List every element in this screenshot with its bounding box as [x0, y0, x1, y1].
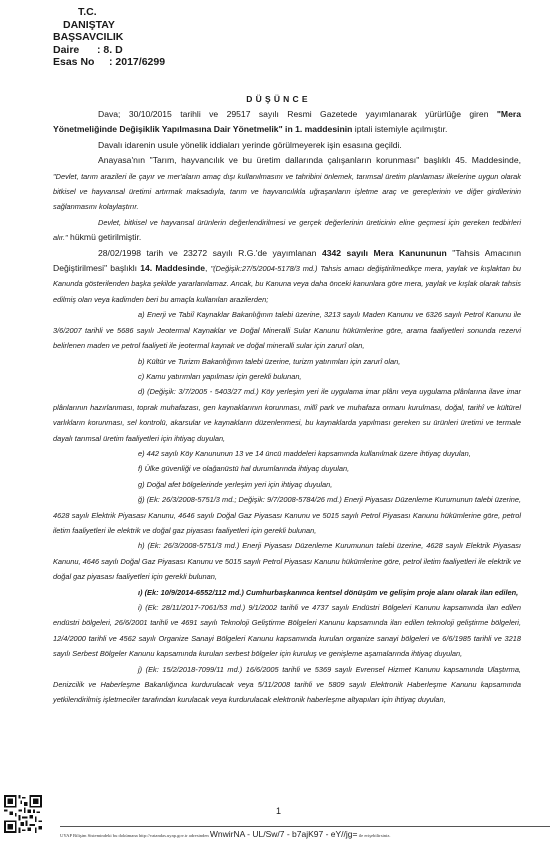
page-number: 1: [0, 806, 557, 816]
paragraph-3: Anayasa'nın "Tarım, hayvancılık ve bu ür…: [53, 153, 521, 215]
header-daire: Daire : 8. D: [53, 44, 165, 57]
list-item: e) 442 sayılı Köy Kanununun 13 ve 14 ünc…: [53, 446, 521, 461]
verification-code: WnwirNA - UL/Sw/7 - b7ajK97 - eY//jg=: [210, 829, 358, 839]
header-tc: T.C.: [53, 6, 165, 19]
list-item: ı) (Ek: 10/9/2014-6552/112 md.) Cumhurba…: [53, 585, 521, 600]
header-danistay: DANIŞTAY: [53, 19, 165, 32]
qr-code-icon: [4, 795, 42, 833]
document-header: T.C. DANIŞTAY BAŞSAVCILIK Daire : 8. D E…: [53, 6, 165, 69]
list-item: c) Kamu yatırımları yapılması için gerek…: [53, 369, 521, 384]
list-item: d) (Değişik: 3/7/2005 - 5403/27 md.) Köy…: [53, 384, 521, 446]
paragraph-4: Devlet, bitkisel ve hayvansal ürünlerin …: [53, 215, 521, 246]
header-bassavcilik: BAŞSAVCILIK: [53, 31, 165, 44]
footer-divider: [60, 826, 550, 827]
list-item: a) Enerji ve Tabiî Kaynaklar Bakanlığını…: [53, 307, 521, 353]
header-esas: Esas No : 2017/6299: [53, 56, 165, 69]
list-item: j) (Ek: 15/2/2018-7099/11 md.) 16/6/2005…: [53, 662, 521, 708]
paragraph-1: Dava; 30/10/2015 tarihli ve 29517 sayılı…: [53, 107, 521, 138]
document-body: Dava; 30/10/2015 tarihli ve 29517 sayılı…: [53, 107, 521, 708]
list-item: h) (Ek: 26/3/2008-5751/3 md.) Enerji Piy…: [53, 538, 521, 584]
list-item: g) Doğal afet bölgelerinde yerleşim yeri…: [53, 477, 521, 492]
list-item: b) Kültür ve Turizm Bakanlığının talebi …: [53, 354, 521, 369]
document-title: DÜŞÜNCE: [0, 94, 557, 104]
list-item: f) Ülke güvenliği ve olağanüstü hal duru…: [53, 461, 521, 476]
list-item: ğ) (Ek: 26/3/2008-5751/3 md.; Değişik: 9…: [53, 492, 521, 538]
footer-verification: UYAP Bilişim Sistemindeki bu dokümana ht…: [60, 829, 555, 839]
paragraph-5: 28/02/1998 tarih ve 23272 sayılı R.G.'de…: [53, 246, 521, 308]
list-item: i) (Ek: 28/11/2017-7061/53 md.) 9/1/2002…: [53, 600, 521, 662]
paragraph-2: Davalı idarenin usule yönelik iddiaları …: [53, 138, 521, 153]
